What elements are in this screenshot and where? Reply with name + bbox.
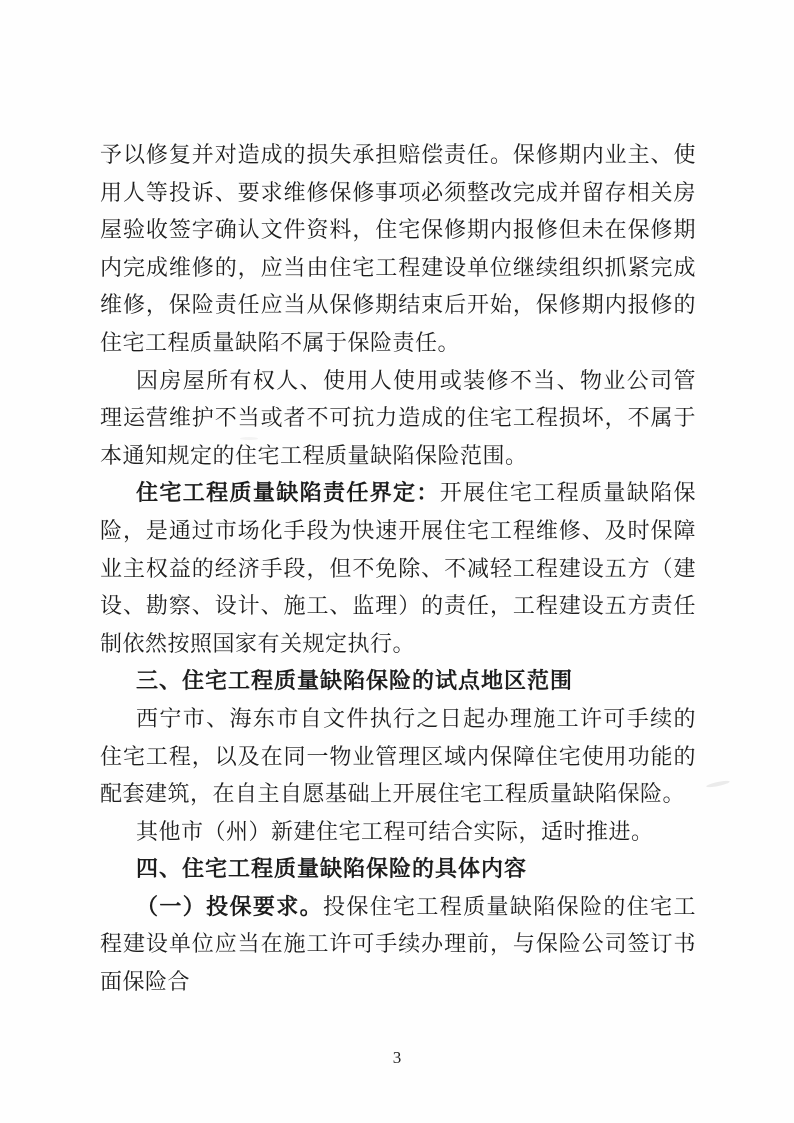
paragraph: 住宅工程质量缺陷责任界定：开展住宅工程质量缺陷保险，是通过市场化手段为快速开展住… [100, 474, 696, 662]
document-page: 予以修复并对造成的损失承担赔偿责任。保修期内业主、使用人等投诉、要求维修保修事项… [0, 0, 794, 1123]
paragraph-text: 开展住宅工程质量缺陷保险，是通过市场化手段为快速开展住宅工程维修、及时保障业主权… [100, 480, 696, 655]
paragraph: 因房屋所有权人、使用人使用或装修不当、物业公司管理运营维护不当或者不可抗力造成的… [100, 362, 696, 475]
paragraph-lead-bold: （一）投保要求。 [136, 894, 323, 919]
heading-text: 四、住宅工程质量缺陷保险的具体内容 [136, 856, 527, 881]
paragraph: 予以修复并对造成的损失承担赔偿责任。保修期内业主、使用人等投诉、要求维修保修事项… [100, 136, 696, 362]
scan-artifact [240, 437, 258, 440]
paragraph: 西宁市、海东市自文件执行之日起办理施工许可手续的住宅工程，以及在同一物业管理区域… [100, 700, 696, 813]
paragraph-text: 予以修复并对造成的损失承担赔偿责任。保修期内业主、使用人等投诉、要求维修保修事项… [100, 142, 696, 355]
paragraph: 其他市（州）新建住宅工程可结合实际，适时推进。 [100, 813, 696, 851]
page-number: 3 [0, 1048, 794, 1068]
scan-artifact [706, 780, 730, 789]
paragraph-text: 因房屋所有权人、使用人使用或装修不当、物业公司管理运营维护不当或者不可抗力造成的… [100, 368, 696, 468]
paragraph-lead-bold: 住宅工程质量缺陷责任界定： [136, 480, 440, 505]
paragraph-text: 其他市（州）新建住宅工程可结合实际，适时推进。 [136, 819, 654, 844]
section-heading: 三、住宅工程质量缺陷保险的试点地区范围 [100, 662, 696, 700]
paragraph: （一）投保要求。投保住宅工程质量缺陷保险的住宅工程建设单位应当在施工许可手续办理… [100, 888, 696, 1001]
heading-text: 三、住宅工程质量缺陷保险的试点地区范围 [136, 668, 573, 693]
paragraph-text: 西宁市、海东市自文件执行之日起办理施工许可手续的住宅工程，以及在同一物业管理区域… [100, 706, 696, 806]
section-heading: 四、住宅工程质量缺陷保险的具体内容 [100, 850, 696, 888]
document-body: 予以修复并对造成的损失承担赔偿责任。保修期内业主、使用人等投诉、要求维修保修事项… [100, 136, 696, 1001]
